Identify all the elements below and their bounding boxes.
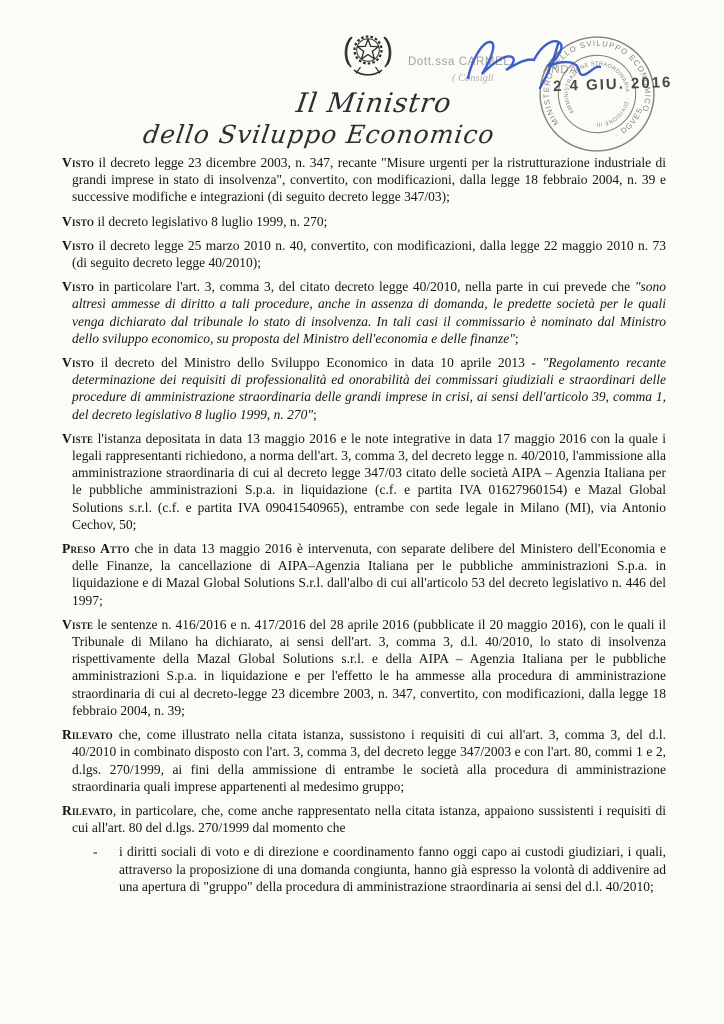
recital-paragraph: Rilevato, in particolare, che, come anch…	[62, 802, 666, 836]
recital-text: le sentenze n. 416/2016 e n. 417/2016 de…	[72, 617, 666, 718]
recital-keyword: Visto	[62, 155, 94, 170]
recital-paragraph: Visto il decreto legge 23 dicembre 2003,…	[62, 154, 666, 206]
recital-text: , in particolare, che, come anche rappre…	[72, 803, 666, 835]
recital-keyword: Viste	[62, 431, 93, 446]
recital-keyword: Visto	[62, 279, 94, 294]
recital-keyword: Visto	[62, 238, 94, 253]
recital-bullet-item: -i diritti sociali di voto e di direzion…	[62, 843, 666, 895]
recital-keyword: Rilevato	[62, 803, 113, 818]
recital-tail: ;	[313, 407, 317, 422]
recital-tail: ;	[515, 331, 519, 346]
recital-text: il decreto del Ministro dello Sviluppo E…	[94, 355, 542, 370]
italy-emblem-icon	[336, 26, 400, 86]
recital-paragraph: Rilevato che, come illustrato nella cita…	[62, 726, 666, 795]
recital-keyword: Viste	[62, 617, 93, 632]
ministry-script-title-line2: dello Sviluppo Economico	[126, 120, 512, 149]
recital-text: il decreto legge 23 dicembre 2003, n. 34…	[72, 155, 666, 204]
recital-text: il decreto legislativo 8 luglio 1999, n.…	[94, 214, 327, 229]
recital-text: che, come illustrato nella citata istanz…	[72, 727, 666, 794]
recital-paragraph: Viste l'istanza depositata in data 13 ma…	[62, 430, 666, 533]
recital-paragraph: Preso Atto che in data 13 maggio 2016 è …	[62, 540, 666, 609]
signature-ink	[462, 34, 607, 92]
recital-paragraph: Visto il decreto legislativo 8 luglio 19…	[62, 213, 666, 230]
recital-keyword: Rilevato	[62, 727, 113, 742]
ministry-script-title-line1: Il Ministro	[256, 88, 492, 119]
bullet-text: i diritti sociali di voto e di direzione…	[119, 843, 666, 895]
recital-text: l'istanza depositata in data 13 maggio 2…	[72, 431, 666, 532]
recital-keyword: Preso Atto	[62, 541, 130, 556]
recital-paragraph: Viste le sentenze n. 416/2016 e n. 417/2…	[62, 616, 666, 719]
recital-text: il decreto legge 25 marzo 2010 n. 40, co…	[72, 238, 666, 270]
recital-keyword: Visto	[62, 355, 94, 370]
recital-paragraph: Visto in particolare l'art. 3, comma 3, …	[62, 278, 666, 347]
recital-text: che in data 13 maggio 2016 è intervenuta…	[72, 541, 666, 608]
recital-paragraph: Visto il decreto legge 25 marzo 2010 n. …	[62, 237, 666, 271]
scanned-decree-page: Il Ministro dello Sviluppo Economico Dot…	[0, 0, 724, 1024]
recital-paragraph: Visto il decreto del Ministro dello Svil…	[62, 354, 666, 423]
recital-keyword: Visto	[62, 214, 94, 229]
decree-recitals: Visto il decreto legge 23 dicembre 2003,…	[62, 154, 666, 902]
recital-text: in particolare l'art. 3, comma 3, del ci…	[94, 279, 635, 294]
bullet-dash: -	[93, 843, 119, 895]
